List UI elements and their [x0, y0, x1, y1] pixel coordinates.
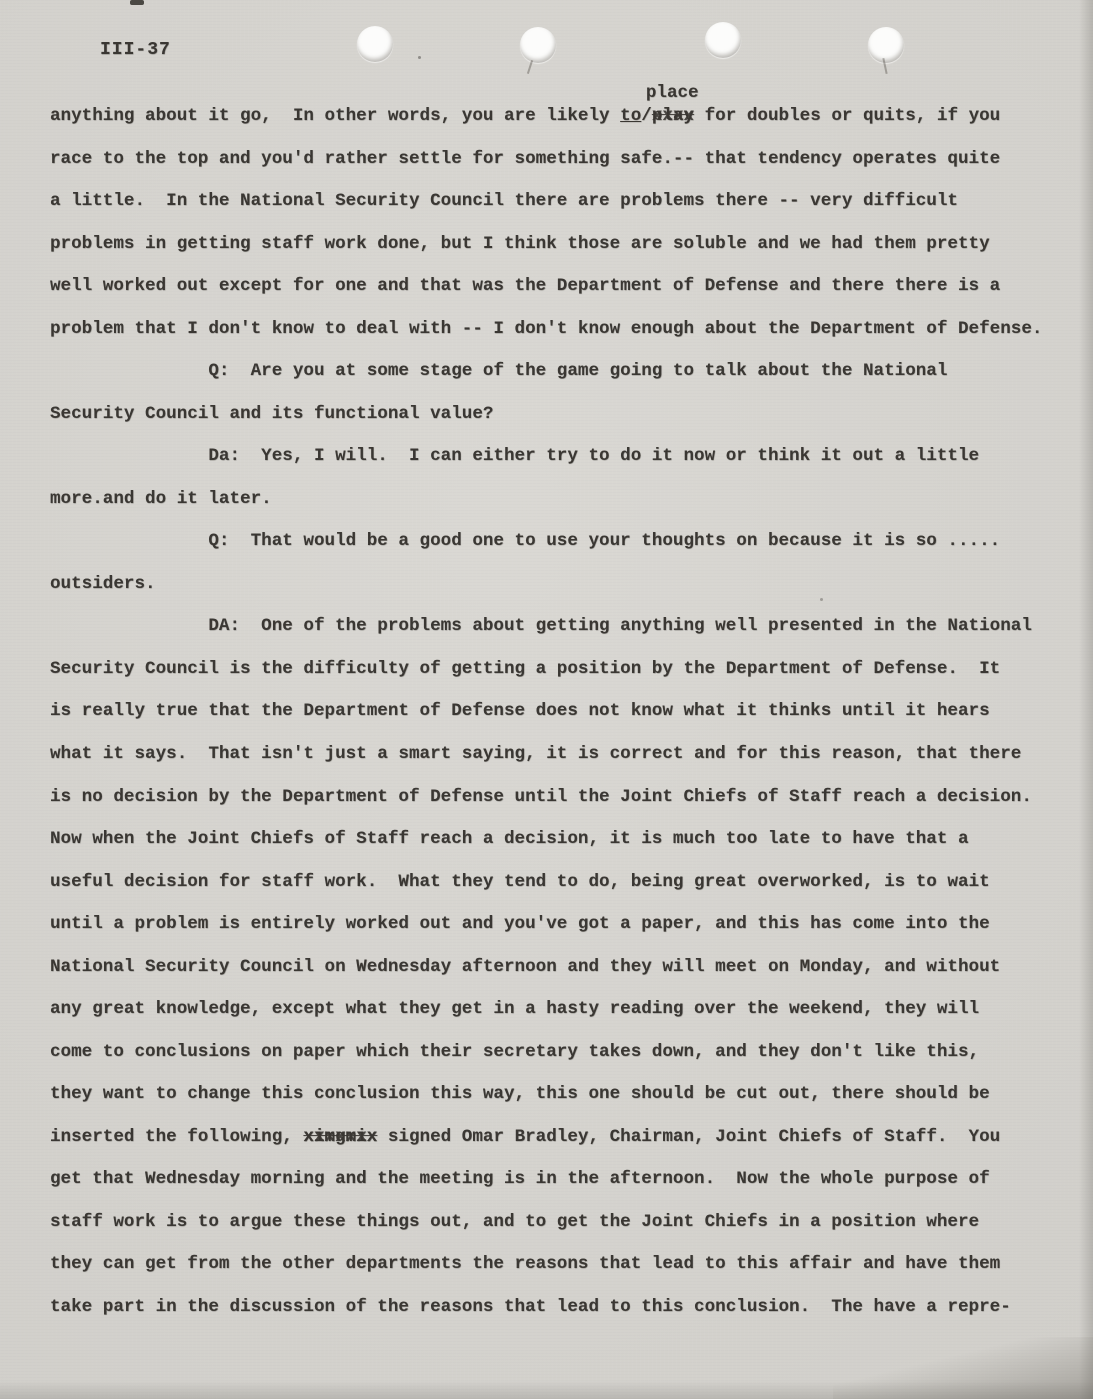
text-run: until a problem is entirely worked out a…	[50, 914, 990, 934]
overstrike-x: xxxxxxx	[303, 1116, 377, 1159]
text-line: problem that I don't know to deal with -…	[50, 308, 1042, 351]
struck-out-text: ximgmixxxxxxxx	[303, 1116, 377, 1159]
text-line: more.and do it later.	[50, 478, 1042, 521]
text-run: is no decision by the Department of Defe…	[50, 787, 1032, 807]
paper-speck	[418, 56, 421, 59]
text-line: take part in the discussion of the reaso…	[50, 1286, 1042, 1329]
text-line: is really true that the Department of De…	[50, 690, 1042, 733]
page-number: III-37	[100, 40, 171, 60]
text-line: is no decision by the Department of Defe…	[50, 776, 1042, 819]
text-line: they want to change this conclusion this…	[50, 1073, 1042, 1116]
paper-tear	[527, 60, 533, 74]
text-line: inserted the following, ximgmixxxxxxxx s…	[50, 1116, 1042, 1159]
text-line: race to the top and you'd rather settle …	[50, 138, 1042, 181]
text-run: anything about it go, In other words, yo…	[50, 106, 620, 126]
text-run: get that Wednesday morning and the meeti…	[50, 1169, 990, 1189]
text-run: Q: Are you at some stage of the game goi…	[50, 361, 947, 381]
text-line: get that Wednesday morning and the meeti…	[50, 1158, 1042, 1201]
text-run: they can get from the other departments …	[50, 1254, 1000, 1274]
page-edge-shadow	[1079, 0, 1093, 1399]
text-line: DA: One of the problems about getting an…	[50, 605, 1042, 648]
struck-out-text: playxxxxplace	[652, 95, 694, 138]
text-run: more.and do it later.	[50, 489, 272, 509]
text-line: come to conclusions on paper which their…	[50, 1031, 1042, 1074]
text-line: useful decision for staff work. What the…	[50, 861, 1042, 904]
text-run: National Security Council on Wednesday a…	[50, 957, 1000, 977]
typed-correction: place	[646, 72, 699, 115]
text-line: Security Council is the difficulty of ge…	[50, 648, 1042, 691]
paper-speck	[130, 0, 144, 5]
text-run: Q: That would be a good one to use your …	[50, 531, 1000, 551]
text-run: any great knowledge, except what they ge…	[50, 999, 979, 1019]
text-line: problems in getting staff work done, but…	[50, 223, 1042, 266]
text-run: useful decision for staff work. What the…	[50, 872, 990, 892]
underlined-text: to	[620, 106, 641, 126]
text-run: outsiders.	[50, 574, 156, 594]
text-run: inserted the following,	[50, 1127, 303, 1147]
text-run: take part in the discussion of the reaso…	[50, 1297, 1011, 1317]
text-run: staff work is to argue these things out,…	[50, 1212, 979, 1232]
text-line: outsiders.	[50, 563, 1042, 606]
punch-hole	[520, 27, 556, 63]
text-run: problems in getting staff work done, but…	[50, 234, 990, 254]
text-line: Q: Are you at some stage of the game goi…	[50, 350, 1042, 393]
text-run: problem that I don't know to deal with -…	[50, 319, 1042, 339]
text-line: Now when the Joint Chiefs of Staff reach…	[50, 818, 1042, 861]
typewritten-text-block: anything about it go, In other words, yo…	[50, 95, 1042, 1328]
text-run: Security Council is the difficulty of ge…	[50, 659, 1000, 679]
punch-hole	[868, 27, 904, 63]
text-line: Da: Yes, I will. I can either try to do …	[50, 435, 1042, 478]
text-line: any great knowledge, except what they ge…	[50, 988, 1042, 1031]
text-line: anything about it go, In other words, yo…	[50, 95, 1042, 138]
text-run: Security Council and its functional valu…	[50, 404, 493, 424]
text-line: until a problem is entirely worked out a…	[50, 903, 1042, 946]
text-line: staff work is to argue these things out,…	[50, 1201, 1042, 1244]
text-run: well worked out except for one and that …	[50, 276, 1000, 296]
text-run: Da: Yes, I will. I can either try to do …	[50, 446, 979, 466]
text-line: what it says. That isn't just a smart sa…	[50, 733, 1042, 776]
text-run: signed Omar Bradley, Chairman, Joint Chi…	[377, 1127, 1000, 1147]
text-run: they want to change this conclusion this…	[50, 1084, 990, 1104]
text-line: Q: That would be a good one to use your …	[50, 520, 1042, 563]
corner-fold-shadow	[833, 1337, 1093, 1399]
text-run: is really true that the Department of De…	[50, 701, 990, 721]
text-run: come to conclusions on paper which their…	[50, 1042, 979, 1062]
text-line: Security Council and its functional valu…	[50, 393, 1042, 436]
text-run: for doubles or quits, if you	[694, 106, 1000, 126]
text-line: well worked out except for one and that …	[50, 265, 1042, 308]
text-run: race to the top and you'd rather settle …	[50, 149, 1000, 169]
text-run: Now when the Joint Chiefs of Staff reach…	[50, 829, 969, 849]
text-line: they can get from the other departments …	[50, 1243, 1042, 1286]
punch-hole	[705, 22, 741, 58]
punch-hole	[357, 26, 393, 62]
text-line: National Security Council on Wednesday a…	[50, 946, 1042, 989]
text-line: a little. In the National Security Counc…	[50, 180, 1042, 223]
text-run: what it says. That isn't just a smart sa…	[50, 744, 1021, 764]
text-run: DA: One of the problems about getting an…	[50, 616, 1032, 636]
document-page: III-37 anything about it go, In other wo…	[0, 0, 1093, 1399]
text-run: a little. In the National Security Counc…	[50, 191, 958, 211]
